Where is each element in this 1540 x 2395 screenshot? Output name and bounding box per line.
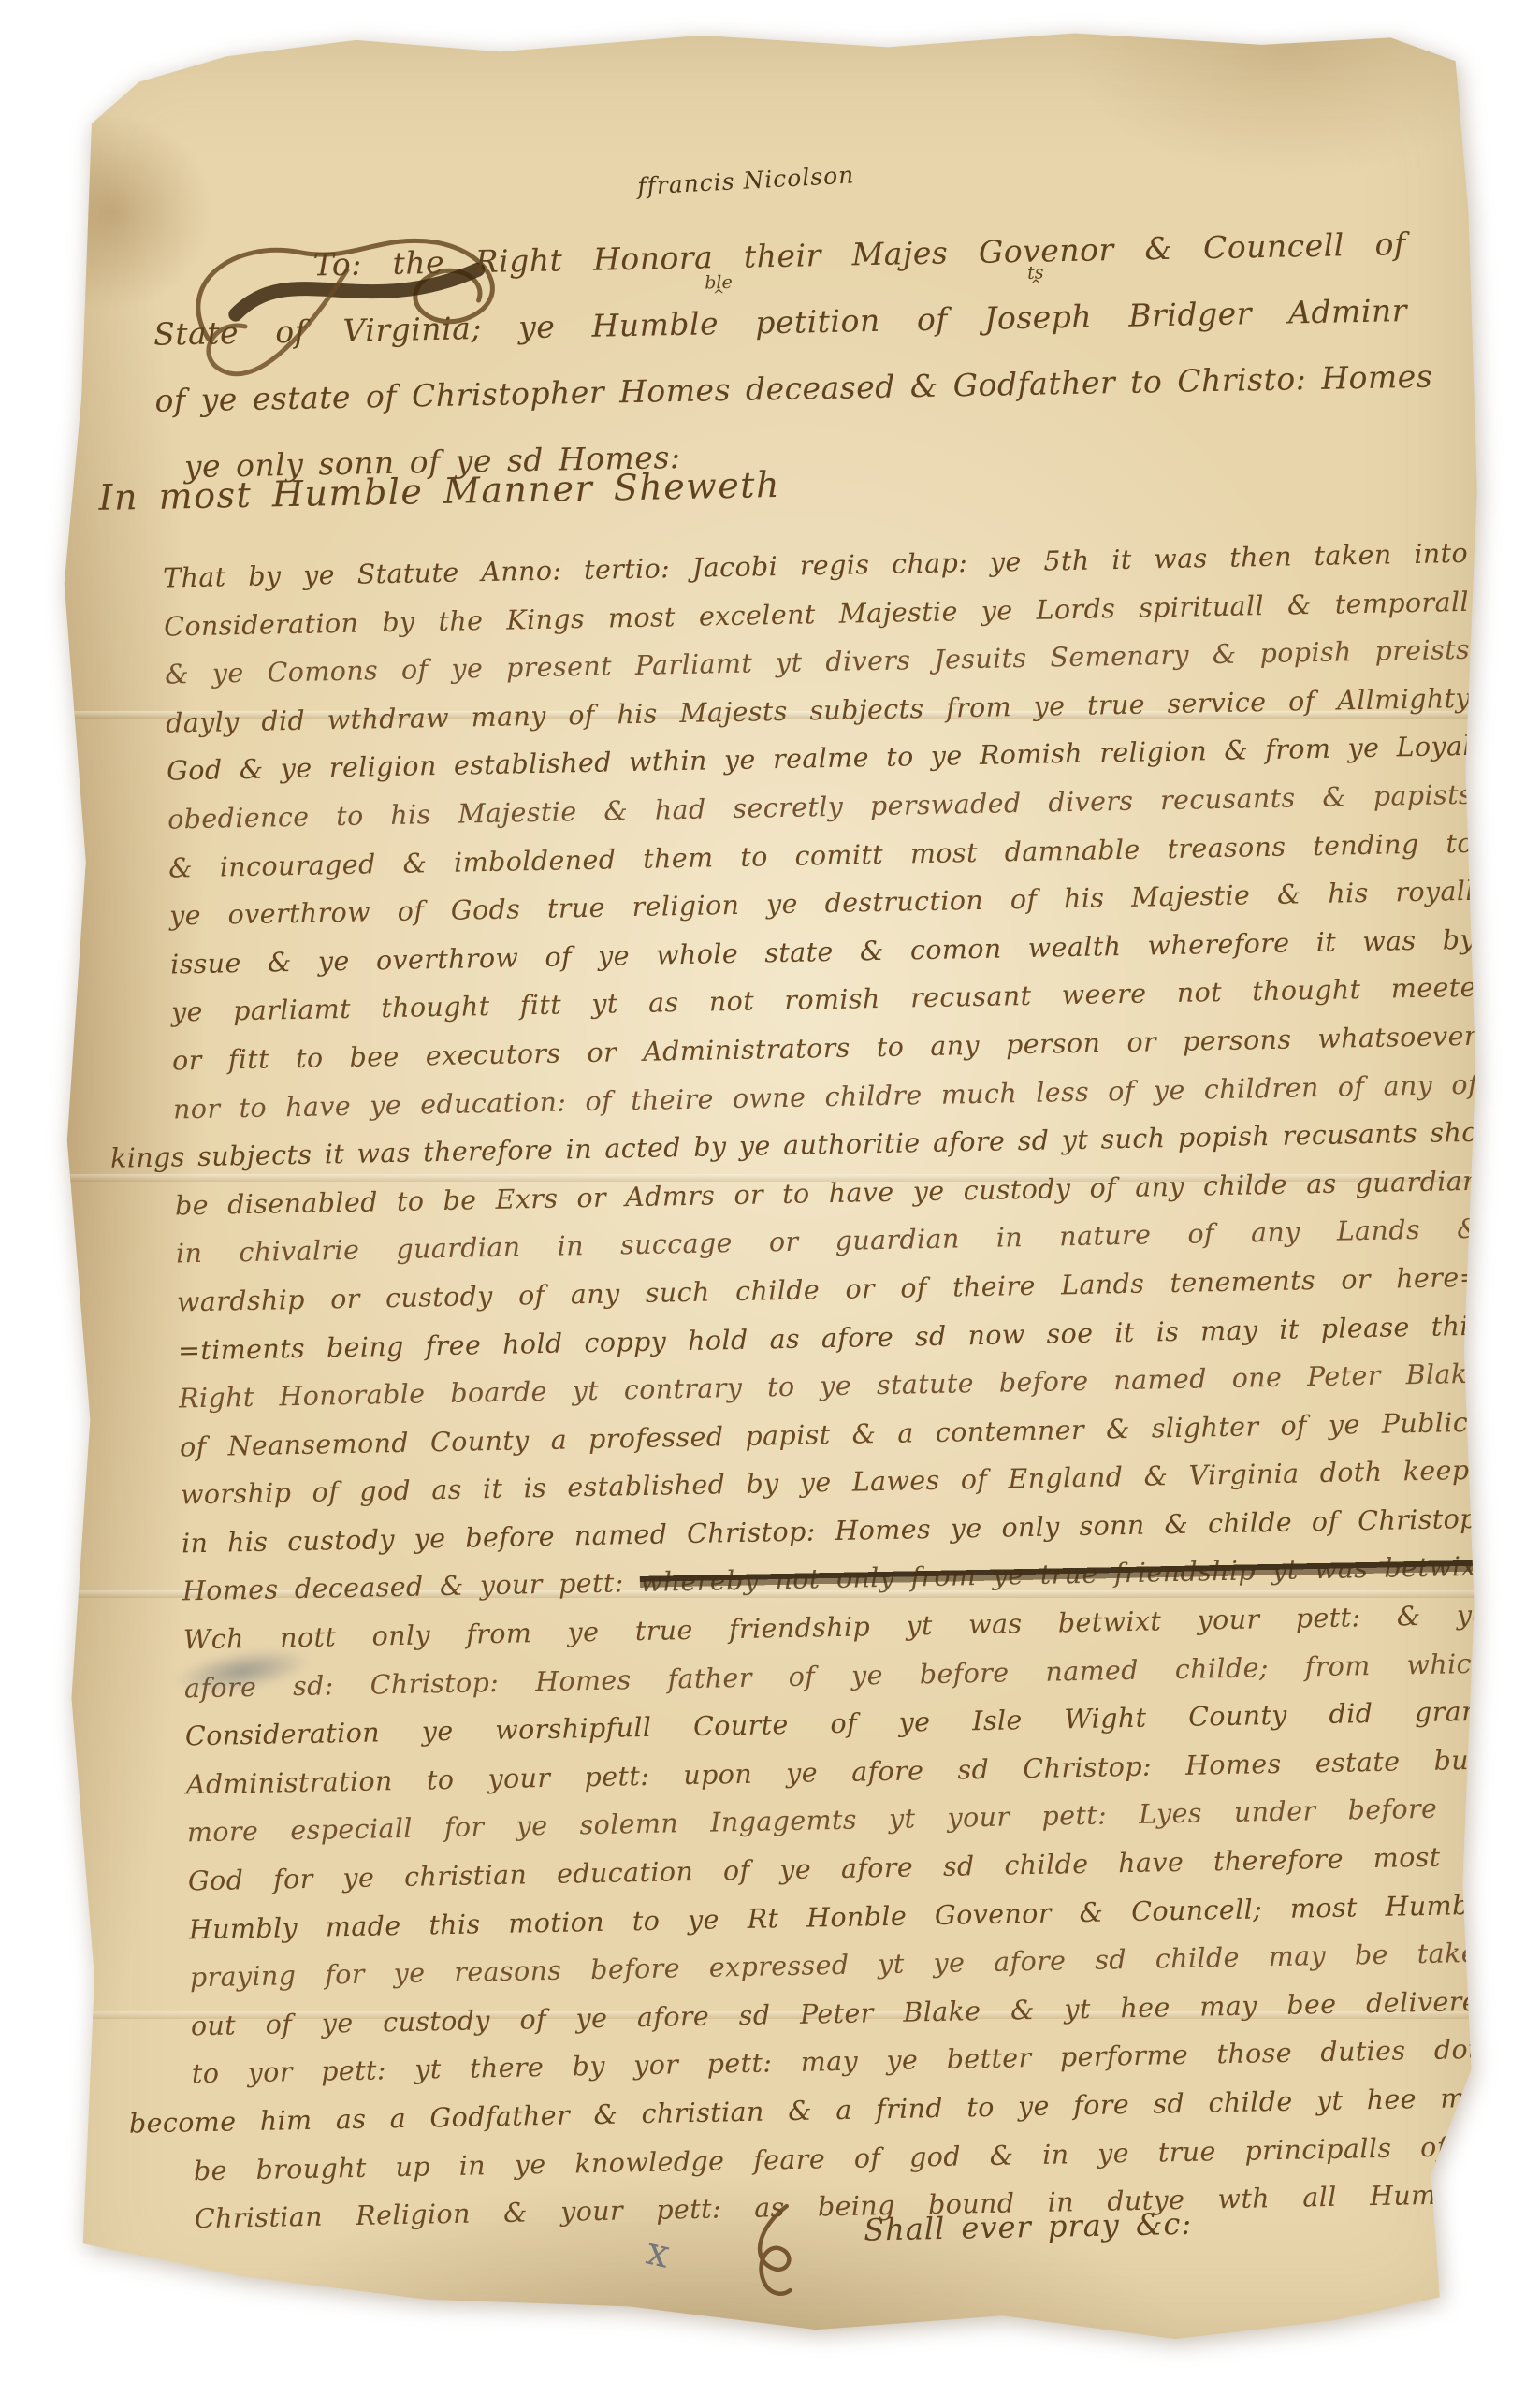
closing-line: Shall ever pray &c: — [864, 2206, 1193, 2248]
manuscript-text-layer: ffrancis Nicolson To: the Right Honora t… — [54, 12, 1535, 2361]
manuscript-paper: ffrancis Nicolson To: the Right Honora t… — [54, 26, 1491, 2348]
ink-flourish-icon — [740, 2199, 807, 2302]
petition-body: That by ye Statute Anno: tertio: Jacobi … — [163, 530, 1504, 2243]
line-text: Homes deceased & your pett: — [182, 1568, 641, 1607]
struck-out-text: whereby not only from ye true friendship… — [640, 1551, 1488, 1598]
petition-heading: To: the Right Honora their Majes Govenor… — [152, 210, 1410, 501]
interlined-insertion: ble — [705, 272, 733, 304]
endorsement-name: ffrancis Nicolson — [637, 161, 855, 200]
paper-shadow-wrap: ffrancis Nicolson To: the Right Honora t… — [54, 26, 1491, 2348]
scan-background: ffrancis Nicolson To: the Right Honora t… — [0, 0, 1540, 2395]
interlined-insertion: ts — [1027, 262, 1044, 293]
